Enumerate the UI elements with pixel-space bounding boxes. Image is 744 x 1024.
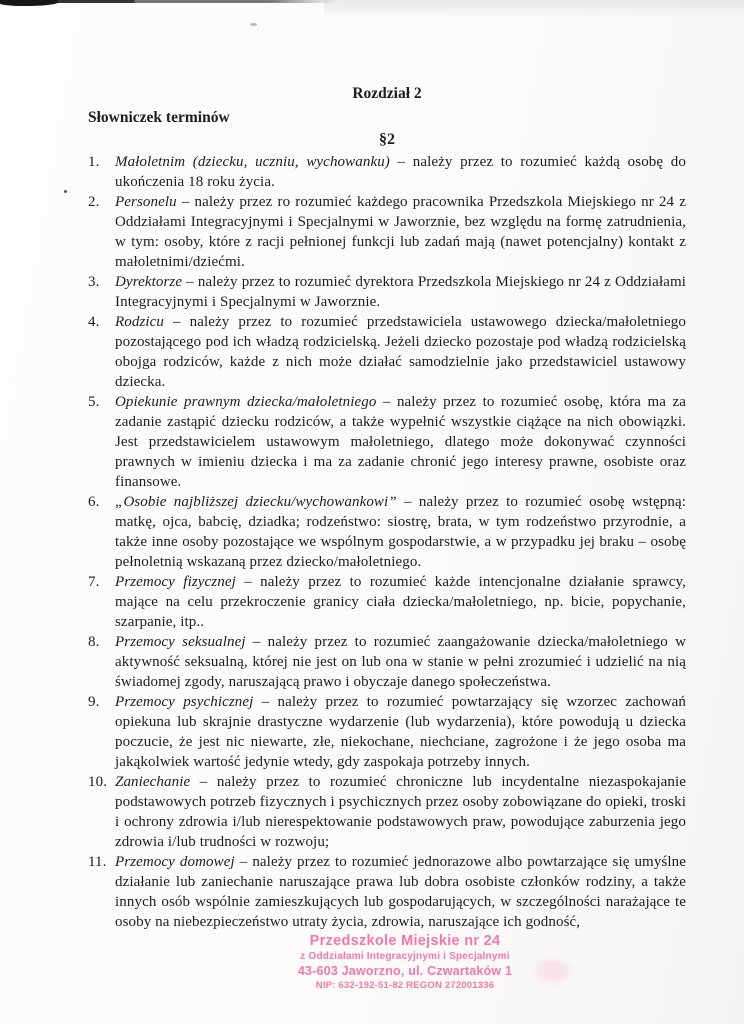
chapter-title: Rozdział 2 <box>88 84 686 104</box>
item-term: „Osobie najbliższej dziecku/wychowankowi… <box>115 494 397 510</box>
item-number: 1. <box>88 152 99 172</box>
glossary-item-3: 3.Dyrektorze – należy przez to rozumieć … <box>88 272 686 312</box>
glossary-item-7: 7.Przemocy fizycznej – należy przez to r… <box>88 572 686 632</box>
glossary-item-11: 11.Przemocy domowej – należy przez to ro… <box>88 852 686 932</box>
item-definition: – należy przez to rozumieć chroniczne lu… <box>115 774 686 850</box>
scan-speck <box>250 23 257 26</box>
scan-edge-blob <box>0 0 58 6</box>
item-definition: – należy przez to rozumieć przedstawicie… <box>115 314 686 390</box>
item-term: Rodzicu <box>115 314 164 330</box>
glossary-item-1: 1.Małoletnim (dziecku, uczniu, wychowank… <box>88 152 686 192</box>
item-term: Personelu <box>115 194 177 210</box>
glossary-item-8: 8.Przemocy seksualnej – należy przez to … <box>88 632 686 692</box>
stamp-address: 43-603 Jaworzno, ul. Czwartaków 1 <box>165 963 645 979</box>
document-content: Rozdział 2 Słowniczek terminów §2 1.Mało… <box>88 84 686 932</box>
item-term: Przemocy psychicznej <box>115 694 253 710</box>
glossary-item-4: 4.Rodzicu – należy przez to rozumieć prz… <box>88 312 686 392</box>
item-number: 11. <box>88 852 107 872</box>
glossary-list: 1.Małoletnim (dziecku, uczniu, wychowank… <box>88 152 686 932</box>
stamp-nip-regon: NIP: 632-192-51-82 REGON 272001336 <box>165 979 645 992</box>
item-number: 3. <box>88 272 99 292</box>
item-term: Opiekunie prawnym dziecka/małoletniego <box>115 394 376 410</box>
item-term: Przemocy domowej <box>115 854 235 870</box>
item-term: Małoletnim (dziecku, uczniu, wychowanku) <box>115 154 390 170</box>
item-number: 9. <box>88 692 99 712</box>
glossary-item-9: 9.Przemocy psychicznej – należy przez to… <box>88 692 686 772</box>
item-number: 8. <box>88 632 99 652</box>
stamp-institution-subtitle: z Oddziałami Integracyjnymi i Specjalnym… <box>165 950 645 963</box>
glossary-item-5: 5.Opiekunie prawnym dziecka/małoletniego… <box>88 392 686 492</box>
item-number: 5. <box>88 392 99 412</box>
item-number: 7. <box>88 572 99 592</box>
item-definition: – należy przez to rozumieć dyrektora Prz… <box>115 274 686 310</box>
stamp-institution-name: Przedszkole Miejskie nr 24 <box>165 933 645 950</box>
paragraph-symbol: §2 <box>88 130 686 150</box>
item-term: Przemocy fizycznej <box>115 574 236 590</box>
item-term: Zaniechanie <box>115 774 190 790</box>
item-definition: – należy przez ro rozumieć każdego praco… <box>115 194 686 270</box>
scan-top-shadow <box>324 0 744 18</box>
glossary-item-10: 10.Zaniechanie – należy przez to rozumie… <box>88 772 686 852</box>
stamp-smudge <box>536 960 570 982</box>
glossary-item-2: 2.Personelu – należy przez ro rozumieć k… <box>88 192 686 272</box>
item-term: Przemocy seksualnej <box>115 634 246 650</box>
institution-stamp: Przedszkole Miejskie nr 24 z Oddziałami … <box>165 933 645 992</box>
item-number: 2. <box>88 192 99 212</box>
item-term: Dyrektorze <box>115 274 182 290</box>
item-number: 6. <box>88 492 99 512</box>
item-number: 10. <box>88 772 107 792</box>
scanned-document-page: Rozdział 2 Słowniczek terminów §2 1.Mało… <box>0 0 744 1024</box>
glossary-item-6: 6.„Osobie najbliższej dziecku/wychowanko… <box>88 492 686 572</box>
scan-speck <box>64 190 67 193</box>
item-number: 4. <box>88 312 99 332</box>
section-heading: Słowniczek terminów <box>88 108 686 128</box>
